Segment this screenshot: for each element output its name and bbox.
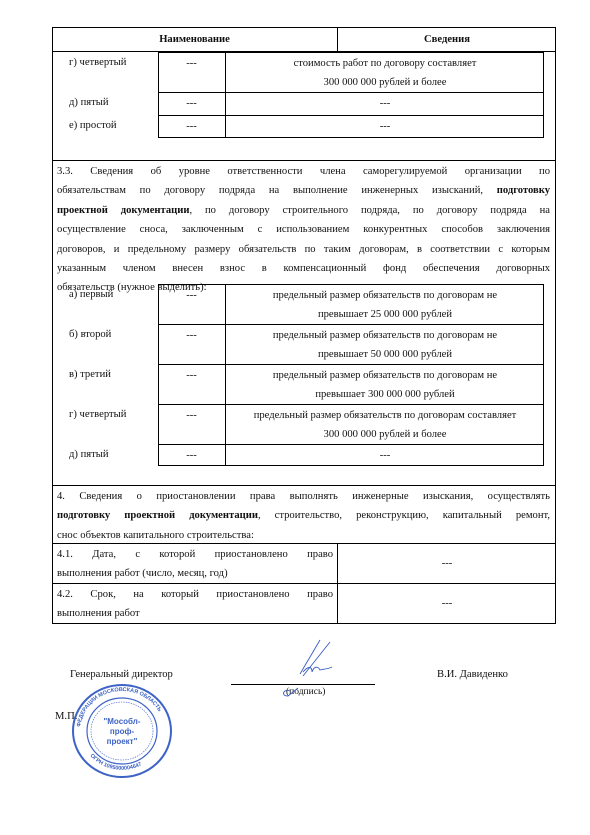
signature-scribble-icon bbox=[260, 636, 350, 702]
level-label: б) второй bbox=[69, 325, 111, 344]
level-label: а) первый bbox=[69, 285, 113, 304]
level-value: предельный размер обязательств по догово… bbox=[226, 364, 544, 404]
level-label: д) пятый bbox=[69, 93, 109, 112]
level-label: в) третий bbox=[69, 365, 111, 384]
header-col-info: Сведения bbox=[338, 27, 556, 52]
level-mark: --- bbox=[158, 324, 225, 364]
level-value: --- bbox=[226, 115, 544, 137]
svg-text:проф-: проф- bbox=[110, 727, 135, 736]
level-mark: --- bbox=[158, 404, 225, 444]
level-mark: --- bbox=[158, 52, 225, 92]
level-mark: --- bbox=[158, 444, 225, 465]
signer-name: В.И. Давиденко bbox=[437, 665, 508, 684]
section-4-text: 4. Сведения о приостановлении права выпо… bbox=[57, 487, 550, 545]
section-3-3-text: 3.3. Сведения об уровне ответственности … bbox=[57, 162, 550, 298]
level-mark: --- bbox=[158, 115, 225, 137]
section-divider bbox=[52, 160, 556, 161]
level-mark: --- bbox=[158, 92, 225, 115]
level-label: е) простой bbox=[69, 116, 117, 135]
level-mark: --- bbox=[158, 284, 225, 324]
svg-text:"Мособл-: "Мособл- bbox=[103, 717, 140, 726]
row-4-1-value: --- bbox=[338, 543, 556, 583]
level-value: предельный размер обязательств по догово… bbox=[226, 284, 544, 324]
level-value: --- bbox=[226, 92, 544, 115]
row-4-2-label: 4.2. Срок, на который приостановлено пра… bbox=[57, 585, 333, 624]
svg-text:проект": проект" bbox=[107, 737, 138, 746]
level-value: предельный размер обязательств по догово… bbox=[226, 324, 544, 364]
level-value: --- bbox=[226, 444, 544, 465]
level-label: д) пятый bbox=[69, 445, 109, 464]
row-4-2-value: --- bbox=[338, 583, 556, 624]
level-mark: --- bbox=[158, 364, 225, 404]
section-divider bbox=[52, 485, 556, 486]
row-4-1-label: 4.1. Дата, с которой приостановлено прав… bbox=[57, 545, 333, 584]
header-col-name: Наименование bbox=[52, 27, 337, 52]
company-stamp-icon: ФЕДЕРАЦИИ МОСКОВСКАЯ ОБЛАСТЬ ОГРН 109500… bbox=[70, 682, 174, 780]
level-label: г) четвертый bbox=[69, 405, 126, 424]
level-value: предельный размер обязательств по догово… bbox=[226, 404, 544, 444]
level-value: стоимость работ по договору составляет30… bbox=[226, 52, 544, 92]
level-label: г) четвертый bbox=[69, 53, 126, 72]
